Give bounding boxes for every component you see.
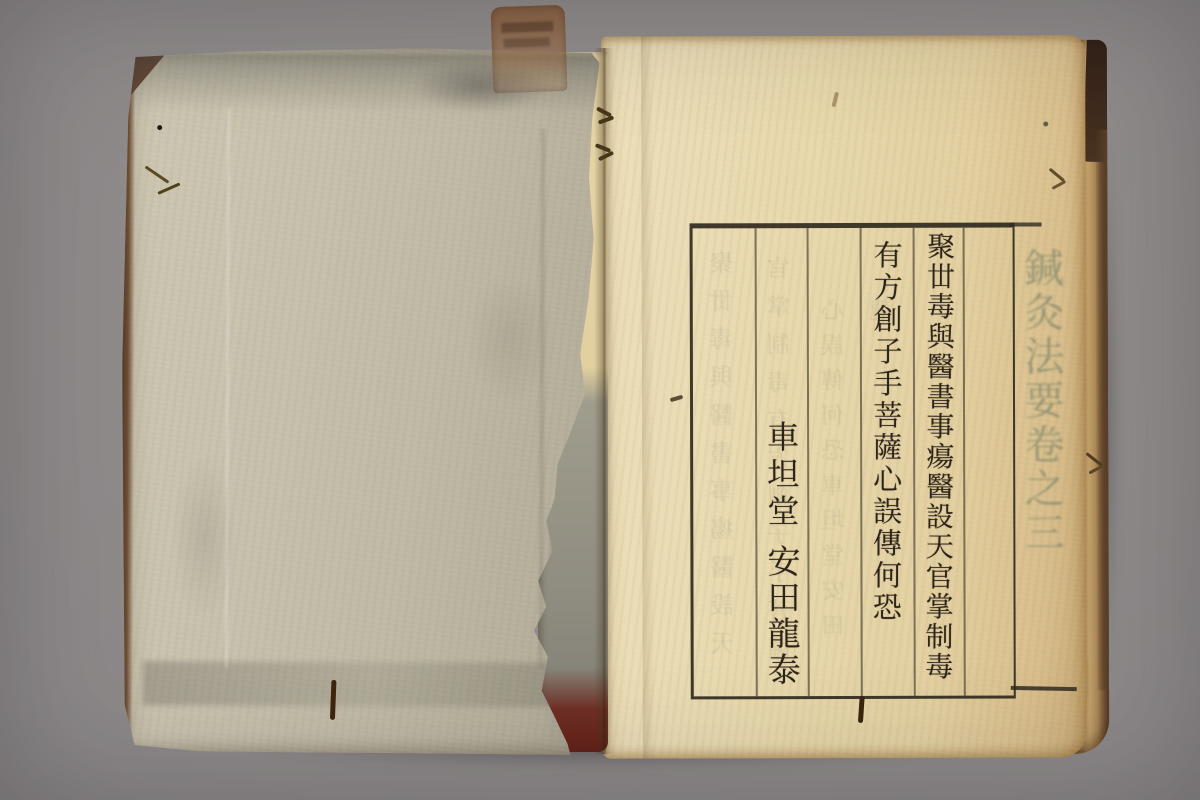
bottom-smudge-band [143,661,563,707]
paper-stain [159,427,250,647]
right-page: 聚丗毒與醫書事瘍醫設天 官掌制毒有方創子手菩薩 心誤傳何恐車坦堂安田龍 聚丗毒與… [601,35,1087,758]
paper-stain [450,248,571,429]
ghost-margin-title: 鍼灸法要卷之三 [1018,247,1065,583]
photo-of-antique-book: 外科方卷三 聚丗毒與醫書事瘍醫設天 官掌制毒有方創子手菩薩 心誤傳何恐車坦堂安田… [0,0,1200,800]
left-page [118,47,609,757]
tape-label [491,5,568,94]
colophon-author-name: 安田龍泰 [755,544,807,694]
handwritten-text-column-2: 有方創子手菩薩心誤傳何恐 [860,240,913,680]
paper-speck [1043,121,1048,126]
paper-speck [157,125,162,130]
bleedthrough-column: 心誤傳何恐車坦堂安田龍 [811,298,860,670]
spine-dark-edge [1095,130,1109,690]
tape-faded-marks [504,37,550,48]
colophon-hall-name: 車坦堂 [755,420,807,560]
bleedthrough-column: 聚丗毒與醫書事瘍醫設天 [697,250,752,682]
tape-faded-marks [501,21,553,33]
gutter-crease [641,36,655,758]
handwritten-text-column-1: 聚丗毒與醫書事瘍醫設天官掌制毒 [912,232,964,704]
frame-extension-top [1010,222,1042,226]
